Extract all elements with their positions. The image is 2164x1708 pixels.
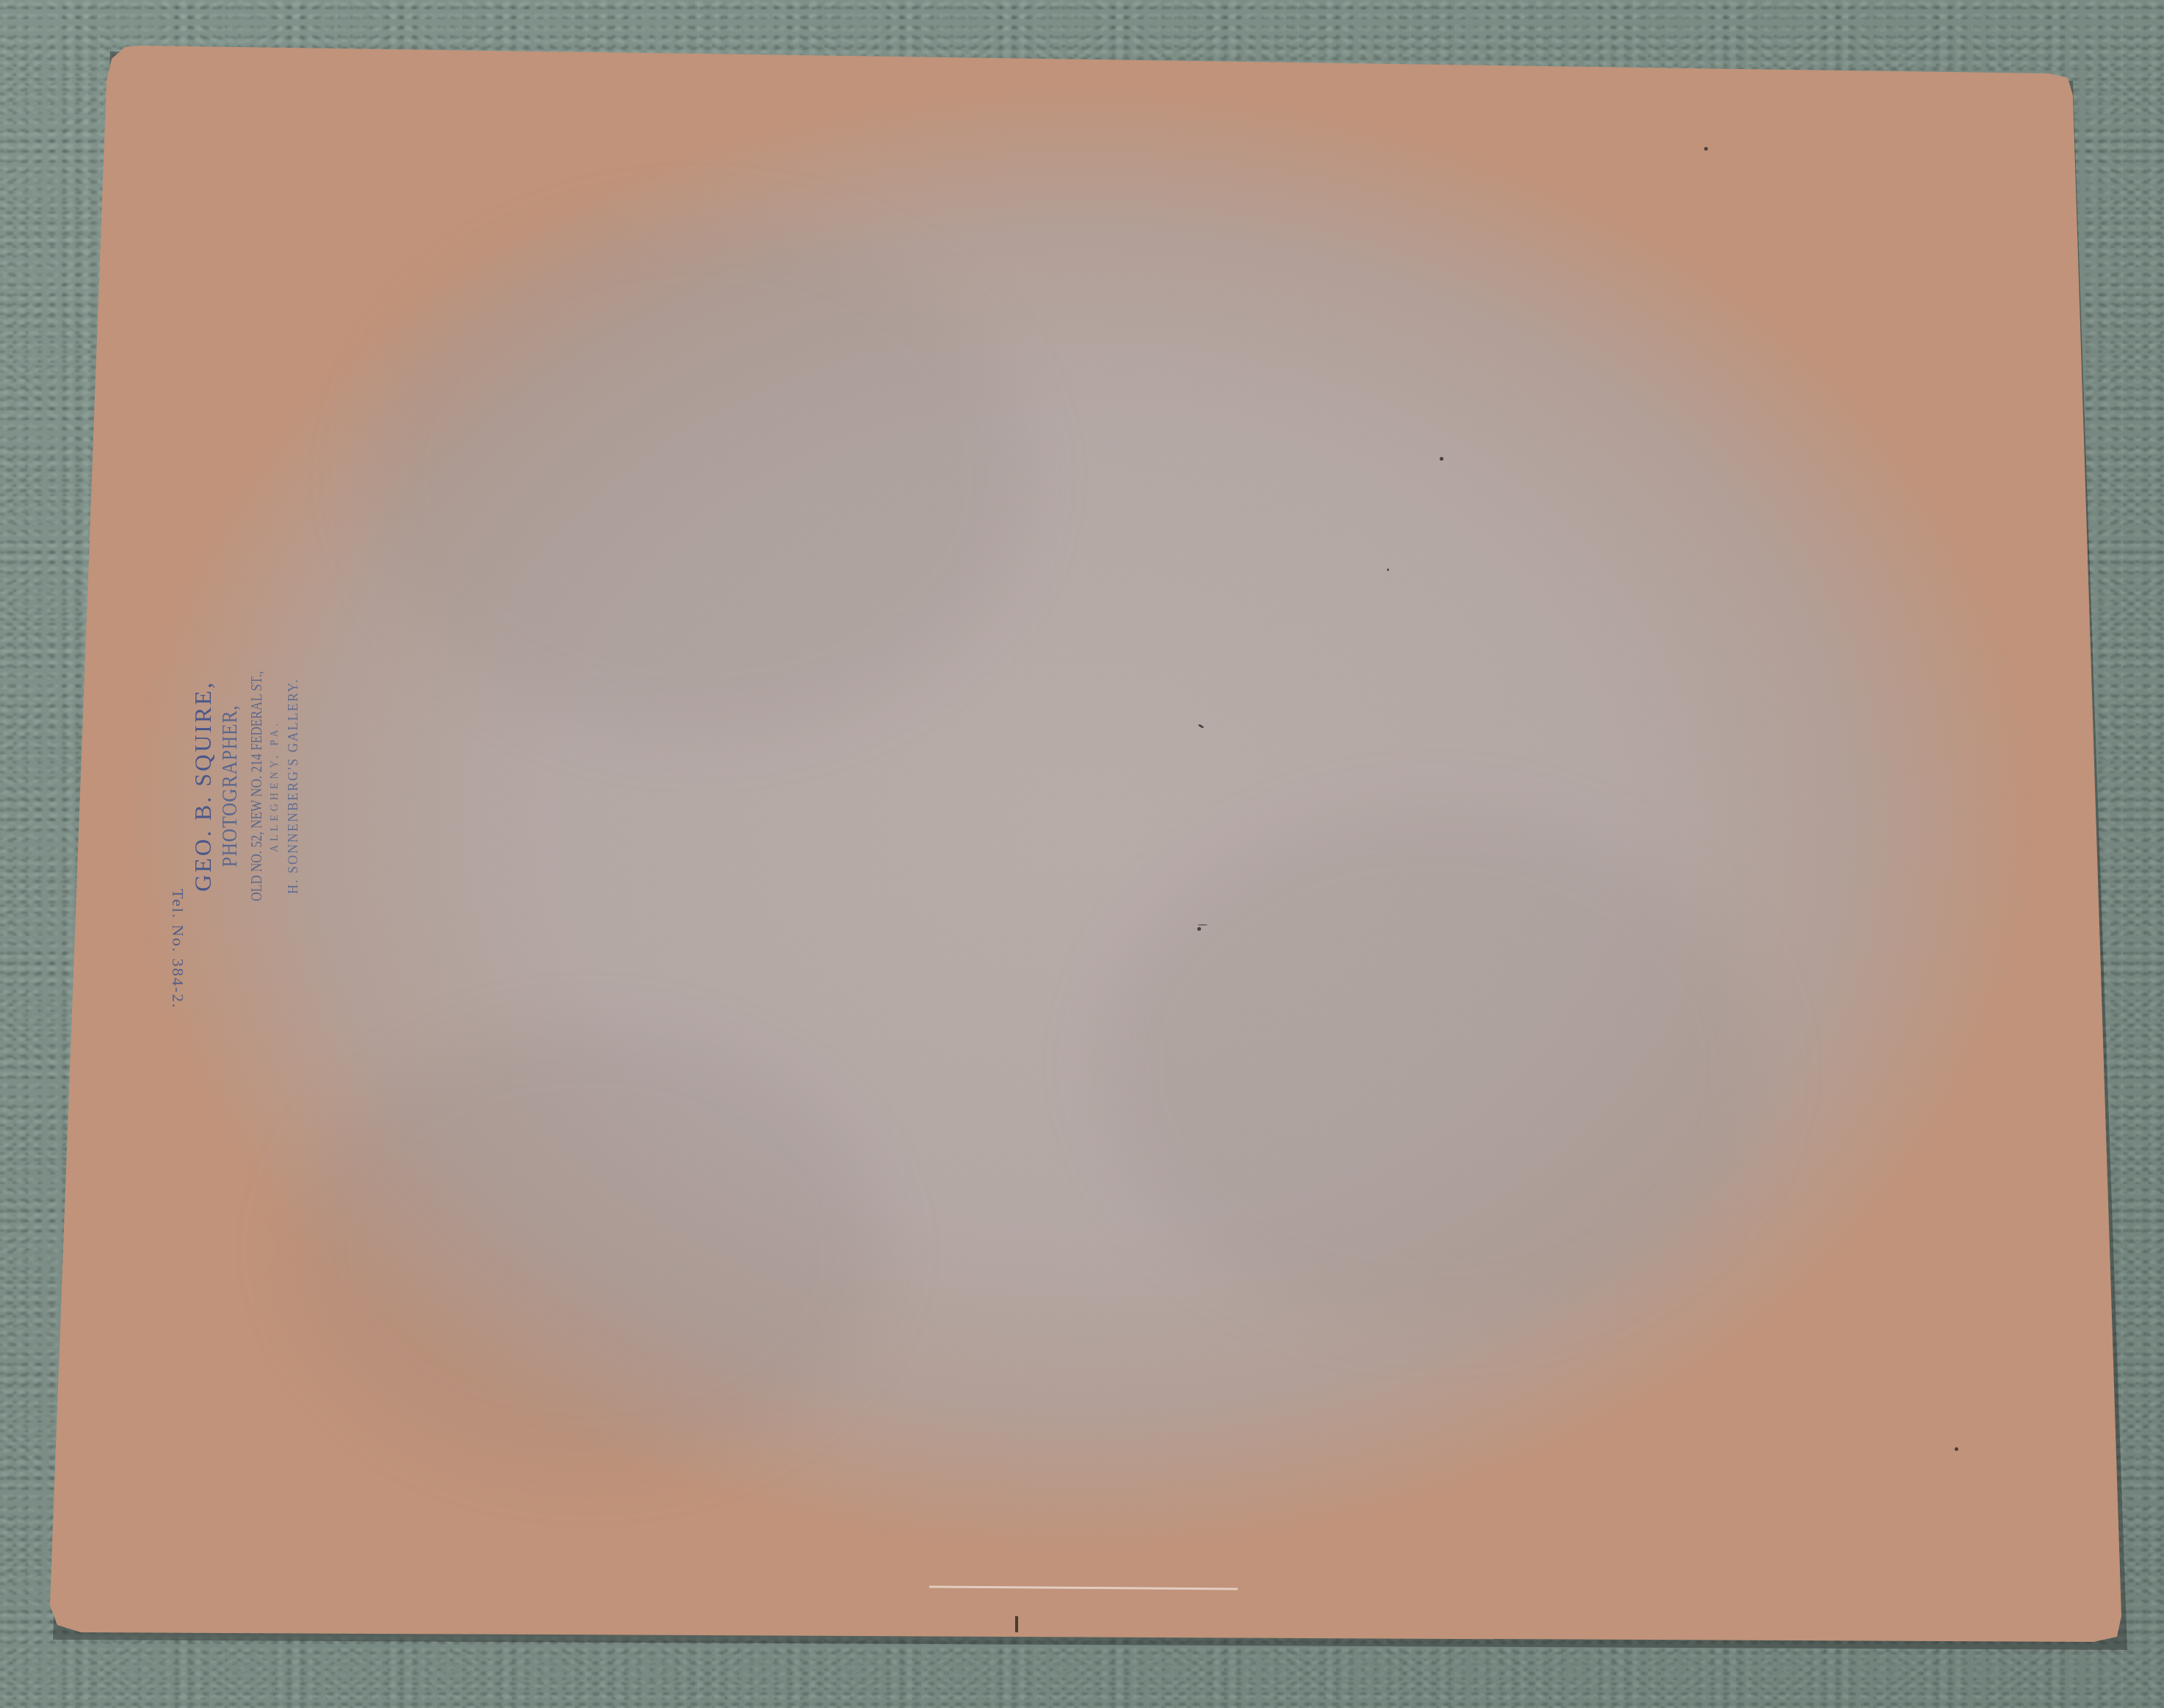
- speck: [1387, 569, 1389, 571]
- photographer-title: PHOTOGRAPHER,: [219, 611, 241, 961]
- studio-city: ALLEGHENY, PA.: [270, 580, 281, 992]
- telephone-number: Tel. No. 384-2.: [158, 889, 187, 1080]
- card-stain: [294, 1028, 881, 1469]
- photographer-stamp: GEO. B. SQUIRE, PHOTOGRAPHER, OLD NO. 52…: [184, 610, 404, 1021]
- speck: [1197, 924, 1208, 926]
- card-stain: [1102, 808, 1763, 1322]
- speck: [1704, 147, 1708, 151]
- studio-address: OLD NO. 52, NEW NO. 214 FEDERAL ST.,: [248, 626, 264, 947]
- card-stain: [367, 220, 1028, 735]
- bottom-crease: [929, 1586, 1238, 1590]
- photographer-name: GEO. B. SQUIRE,: [191, 580, 214, 992]
- speck: [1440, 457, 1443, 461]
- speck: [1197, 927, 1201, 931]
- bottom-nick: [1015, 1616, 1018, 1632]
- speck: [1198, 724, 1204, 729]
- gallery-name: H. SONNENBERG'S GALLERY.: [286, 580, 300, 992]
- speck: [1955, 1447, 1958, 1451]
- stamp-text-block: GEO. B. SQUIRE, PHOTOGRAPHER, OLD NO. 52…: [184, 580, 367, 992]
